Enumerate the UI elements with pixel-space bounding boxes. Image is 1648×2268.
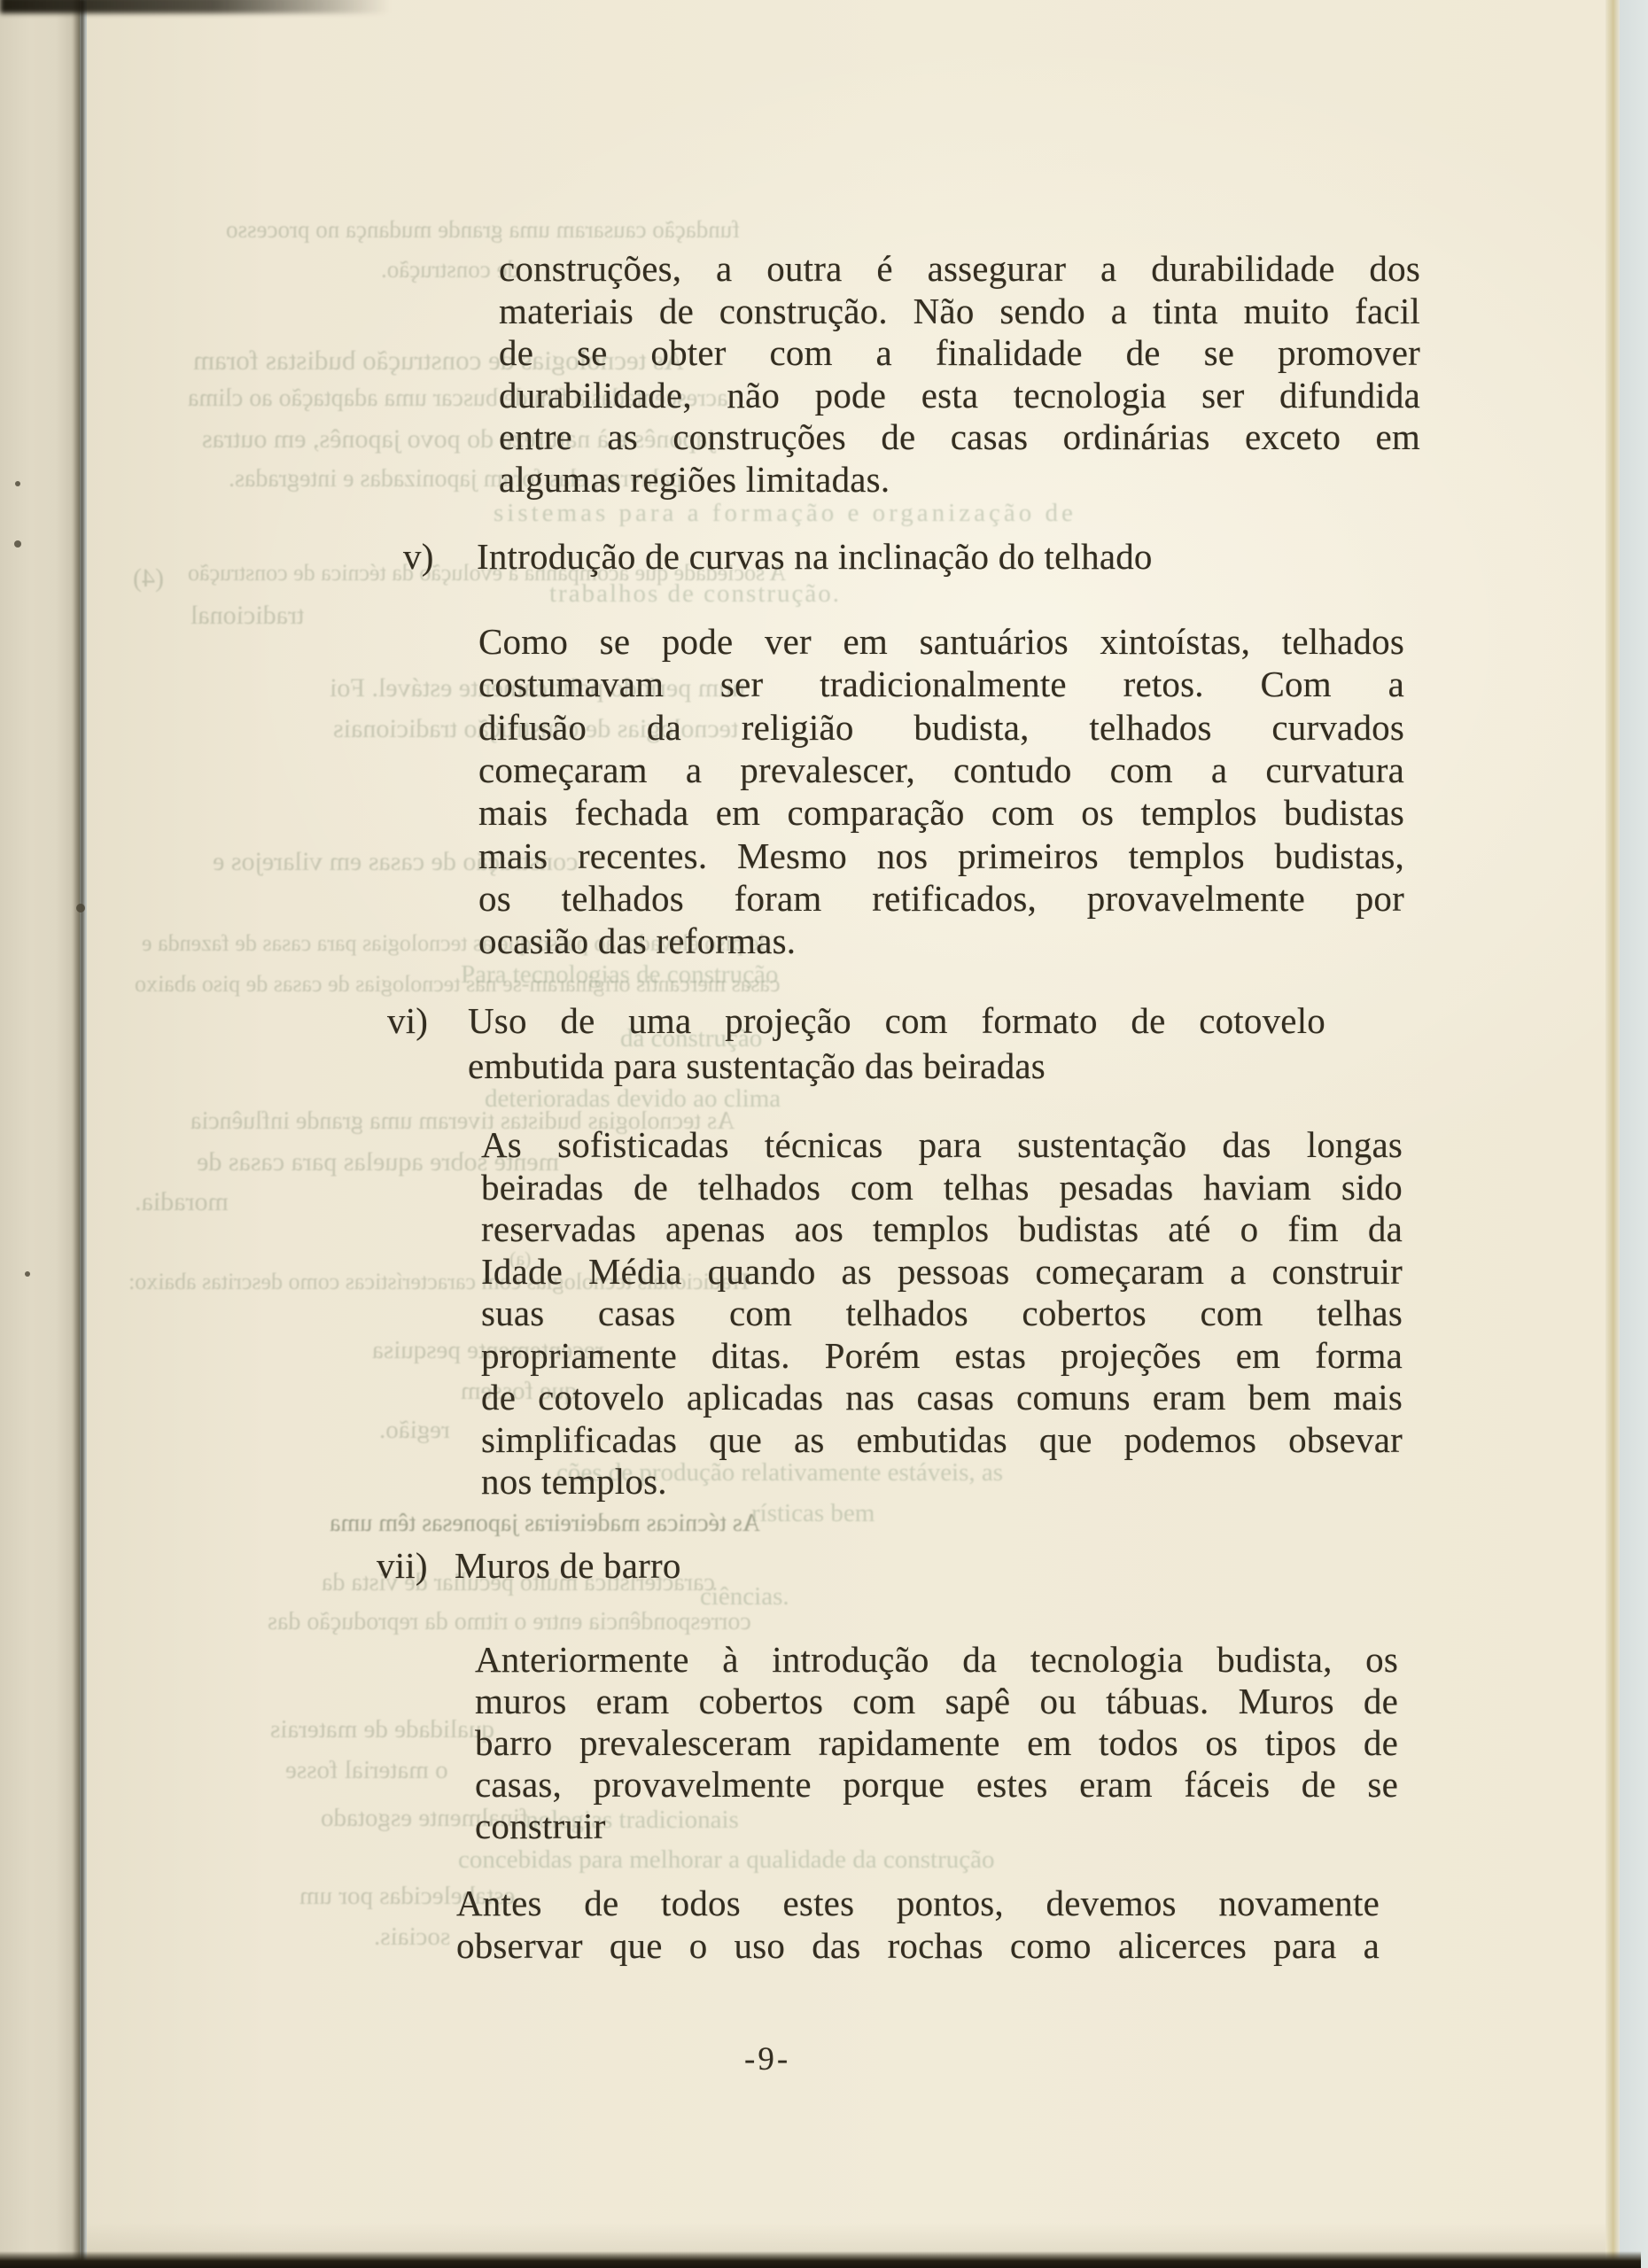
text-line: Antes de todos estes pontos, devemos nov… [456, 1884, 1380, 1922]
scanner-background [1620, 0, 1648, 2268]
ghost-mirrored-line: sociais. [374, 1924, 450, 1950]
text-line: beiradas de telhados com telhas pesadas … [481, 1168, 1403, 1207]
scan-top-shadow [0, 0, 390, 13]
text-line: casas, provavelmente porque estes eram f… [475, 1765, 1398, 1804]
text-line: entre as construções de casas ordinárias… [499, 417, 1420, 456]
text-line: reservadas apenas aos templos budistas a… [481, 1209, 1403, 1248]
section-title-line: Muros de barro [455, 1546, 681, 1585]
text-line: construir [475, 1806, 606, 1845]
text-line: difusão da religião budista, telhados cu… [478, 708, 1404, 747]
ghost-mirrored-line: As técnicas madeireiras japonesas têm um… [330, 1511, 760, 1536]
text-line: durabilidade, não pode esta tecnologia s… [499, 376, 1420, 415]
ghost-mirrored-line: (4) [133, 565, 164, 592]
text-line: barro prevalesceram rapidamente em todos… [475, 1723, 1398, 1762]
text-line: suas casas com telhados cobertos com tel… [481, 1293, 1403, 1332]
ghost-mirrored-line: correspondência entre o ritmo da reprodu… [268, 1610, 751, 1635]
text-line: propriamente ditas. Porém estas projeçõe… [481, 1336, 1403, 1375]
text-line: As sofisticadas técnicas para sustentaçã… [481, 1125, 1403, 1164]
section-title-line: embutida para sustentação das beiradas [468, 1046, 1046, 1085]
scan-bottom-shadow [0, 2251, 1641, 2268]
ghost-bleed-line: sistemas para a formação e organização d… [494, 501, 1077, 526]
text-line: os telhados foram retificados, provavelm… [478, 879, 1404, 918]
text-line: começaram a prevalescer, contudo com a c… [478, 750, 1404, 789]
ghost-mirrored-line: moradia. [135, 1189, 229, 1216]
text-line: Idade Média quando as pessoas começaram … [481, 1252, 1403, 1291]
text-line: costumavam ser tradicionalmente retos. C… [478, 664, 1404, 703]
ghost-bleed-line: deterioradas devido ao clima [485, 1086, 781, 1112]
ghost-mirrored-line: qualidade de materais [270, 1717, 494, 1743]
previous-page-edge [0, 0, 80, 2268]
ghost-mirrored-line: tradicional [190, 602, 304, 629]
ghost-bleed-line: ciências. [700, 1584, 789, 1610]
section-title-line: Uso de uma projeção com formato de cotov… [468, 1001, 1325, 1040]
ghost-bleed-line: trabalhos de construção. [549, 581, 841, 607]
text-line: de se obter com a finalidade de se promo… [499, 333, 1420, 372]
text-line: mais fechada em comparação com os templo… [478, 793, 1404, 832]
text-line: mais recentes. Mesmo nos primeiros templ… [478, 836, 1404, 875]
ghost-mirrored-line: fundação causaram uma grande mudança no … [226, 218, 740, 242]
text-line: nos templos. [481, 1462, 667, 1501]
section-title-line: Introdução de curvas na inclinação do te… [477, 537, 1153, 576]
page-right-edge [1605, 0, 1620, 2268]
text-line: de cotovelo aplicadas nas casas comuns e… [481, 1378, 1403, 1417]
ghost-bleed-line: concebidas para melhorar a qualidade da … [458, 1847, 995, 1873]
paper-speck [15, 481, 20, 486]
text-line: Anteriormente à introdução da tecnologia… [475, 1640, 1398, 1679]
list-marker: v) [403, 537, 434, 576]
paper-speck [25, 1271, 30, 1277]
text-line: ocasião das reformas. [478, 921, 796, 960]
page-paper: fundação causaram uma grande mudança no … [87, 0, 1609, 2268]
scanned-book-page: fundação causaram uma grande mudança no … [0, 0, 1648, 2268]
text-line: muros eram cobertos com sapê ou tábuas. … [475, 1682, 1398, 1720]
list-marker: vi) [387, 1001, 428, 1040]
ghost-bleed-line: Para tecnologias de construção [461, 962, 778, 988]
ghost-bleed-line: rísticas bem [751, 1501, 875, 1526]
page-number: -9- [744, 2040, 790, 2078]
text-line: materiais de construção. Não sendo a tin… [499, 291, 1420, 330]
paper-speck [76, 904, 85, 913]
text-line: simplificadas que as embutidas que podem… [481, 1420, 1403, 1459]
list-marker: vii) [377, 1546, 428, 1585]
ghost-mirrored-line: o material fosse [285, 1758, 448, 1783]
text-line: algumas regiões limitadas. [499, 460, 890, 499]
ghost-mirrored-line: região. [379, 1417, 450, 1443]
text-line: Como se pode ver em santuários xintoísta… [478, 622, 1404, 661]
text-line: construções, a outra é assegurar a durab… [499, 249, 1420, 288]
text-line: observar que o uso das rochas como alice… [456, 1926, 1380, 1965]
paper-speck [14, 540, 21, 548]
